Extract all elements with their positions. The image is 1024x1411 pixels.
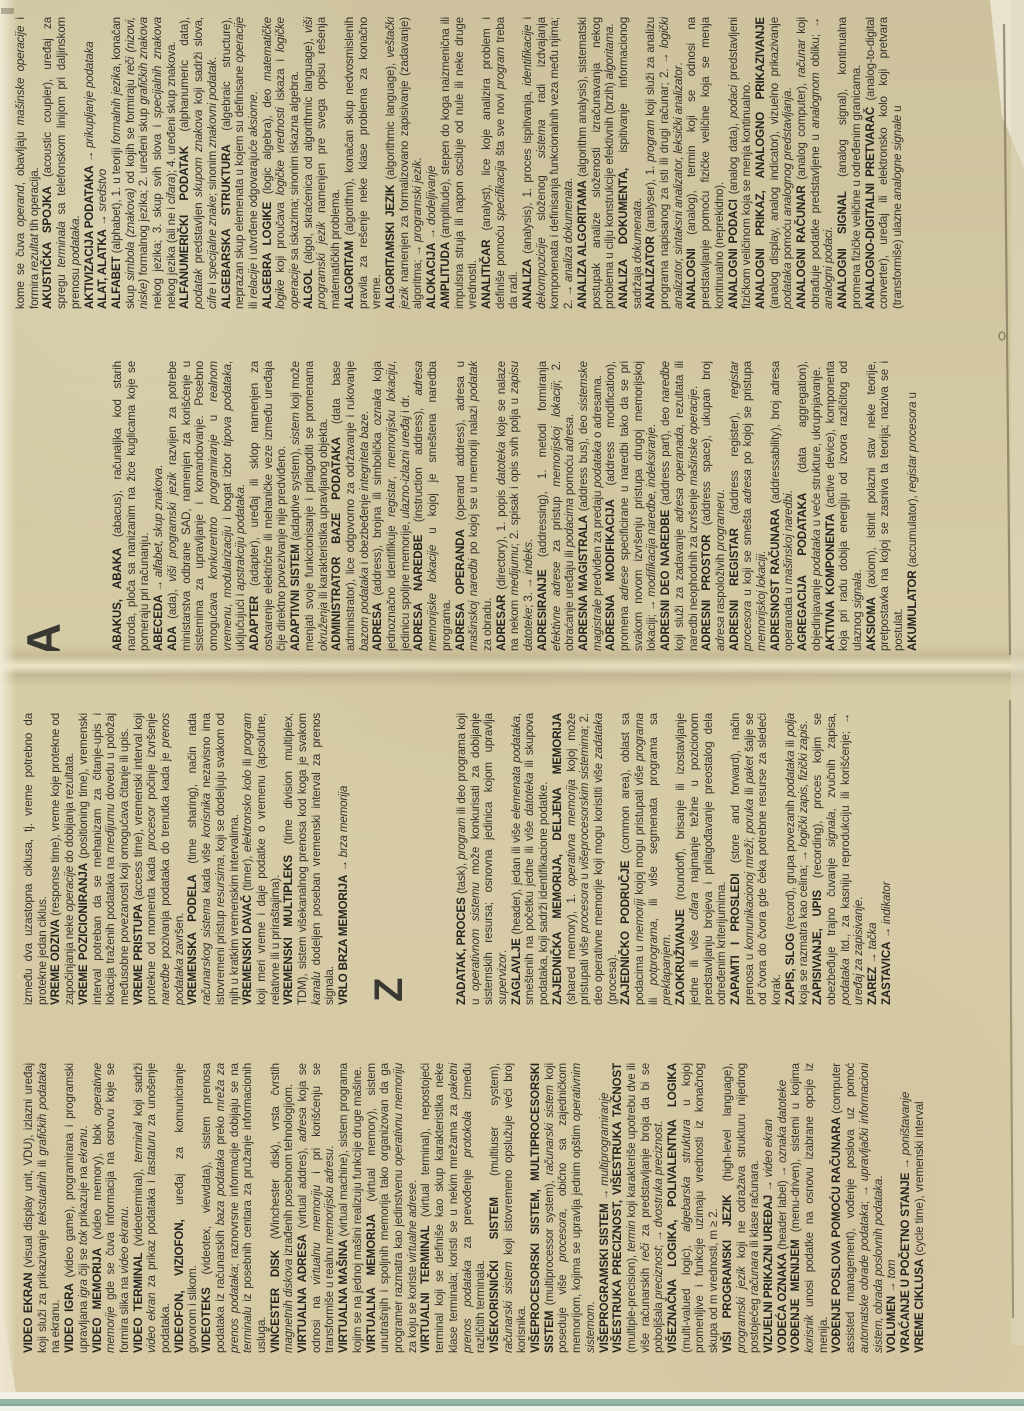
entry-continuation: između dva uzastopna ciklusa, tj. vreme … bbox=[22, 713, 49, 1005]
entry-headword: ANALOGNI PRIKAZ, ANALOGNO PRIKAZIVANJE bbox=[754, 17, 767, 309]
dictionary-entry: ADRESNA MAGISTRALA (address bus), deo si… bbox=[577, 361, 604, 651]
dictionary-entry: ANALIZATOR (analyser), 1. program koji s… bbox=[644, 17, 685, 309]
entry-headword: VOLUMEN bbox=[885, 1296, 898, 1353]
dictionary-entry: VODEĆA OZNAKA (header label) → oznaka da… bbox=[776, 1063, 790, 1353]
dictionary-entry: VIZUELNI PRIKAZNI UREĐAJ → video ekran bbox=[762, 1063, 776, 1353]
entry-headword: AKTIVIZACIJA PODATAKA bbox=[83, 166, 96, 310]
dictionary-entry: VIŠEKORISNIČKI SISTEM (multiuser system)… bbox=[488, 1063, 529, 1353]
dictionary-column-a-2: kome se čuva operand, obavljaju mašinske… bbox=[14, 17, 1010, 309]
entry-headword: ADRESAR bbox=[495, 595, 508, 651]
entry-headword: ZASTAVICA bbox=[880, 942, 893, 1005]
entry-headword: ANALOGNI SIGNAL bbox=[836, 191, 849, 309]
entry-headword: VREME PRISTUPA bbox=[132, 904, 145, 1005]
dictionary-entry: ALFABET (alphabet), 1. u teoriji formaln… bbox=[110, 17, 179, 309]
dictionary-entry: ZAJEDNIČKO PODRUČJE (common area), oblas… bbox=[619, 713, 674, 1005]
dictionary-entry: ANALOGNI RAČUNAR (analog computer), raču… bbox=[795, 17, 836, 309]
dictionary-entry: VREME PRISTUPA (access time), vremenski … bbox=[132, 713, 187, 1005]
dictionary-entry: ADRESAR (directory), 1. popis datoteka k… bbox=[495, 361, 536, 651]
entry-headword: VIZUELNI PRIKAZNI UREĐAJ bbox=[762, 1195, 775, 1353]
entry-headword: VIŠEKORISNIČKI SISTEM bbox=[488, 1197, 501, 1353]
dictionary-entry: VIŠI PROGRAMSKI JEZIK (high-level langua… bbox=[721, 1063, 762, 1353]
dictionary-entry: VREMENSKI DAVAČ (timer), elektronsko kol… bbox=[241, 713, 282, 1005]
entry-headword: VIŠESTRUKA PRECIZNOST, VIŠESTRUKA TAČNOS… bbox=[611, 1063, 624, 1353]
entry-headword: AGREGACIJA PODATAKA bbox=[796, 493, 809, 651]
dictionary-entry: VREME CIKLUSA (cycle time), vremenski in… bbox=[913, 1063, 927, 1353]
dictionary-entry: ANALOGNI SIGNAL (analog signal), kontinu… bbox=[836, 17, 863, 309]
entry-headword: VODEĆA OZNAKA bbox=[776, 1253, 789, 1353]
entry-headword: VIRTUALNI TERMINAL bbox=[419, 1225, 432, 1353]
dictionary-entry: VOĐENJE MENIJEM (menu-driven), sistemi u… bbox=[789, 1063, 830, 1353]
entry-headword: VIRTUALNA MAŠINA bbox=[337, 1240, 350, 1353]
dictionary-entry: ANALOGNI PODACI (analog data), podaci pr… bbox=[727, 17, 754, 309]
dictionary-entry: ANALOGNI (analog), termin koji se odnosi… bbox=[685, 17, 726, 309]
dictionary-entry: ADRESNA MODIFIKACIJA (address modificati… bbox=[604, 361, 659, 651]
dictionary-entry: ABAKUS, ABAKA (abacus), računaljka kod s… bbox=[111, 361, 152, 651]
entry-headword: VREME POZICIONIRANJA bbox=[77, 863, 90, 1005]
entry-headword: ANALOGNI PODACI bbox=[727, 199, 740, 309]
dictionary-entry: VIDEOFON, VIZIOFON, uređaj za komunicira… bbox=[173, 1063, 200, 1353]
entry-headword: ADAPTIVNI SISTEM bbox=[289, 544, 302, 651]
entry-headword: ZAJEDNIČKA MEMORIJA, DELJENA MEMORIJA bbox=[551, 713, 564, 1005]
entry-headword: ALFABET bbox=[110, 257, 123, 309]
dictionary-entry: AKSIOMA (axiom), istinit polazni stav ne… bbox=[865, 361, 906, 651]
entry-headword: ADRESNI REGISTAR bbox=[728, 528, 741, 651]
entry-headword: VRAĆANJE U POČETNO STANJE bbox=[899, 1173, 912, 1353]
entry-headword: ABECEDA bbox=[152, 595, 165, 651]
entry-headword: ANALIZA bbox=[521, 259, 534, 309]
dictionary-entry: ZAPIS, SLOG (record), grupa povezanih po… bbox=[784, 713, 811, 1005]
book-sheet: VIDEO EKRAN (visual display unit, VDU), … bbox=[0, 0, 1024, 1411]
dictionary-entry: ADRESIRANJE (addressing), 1. metodi form… bbox=[536, 361, 577, 651]
dictionary-entry: ALGEBARSKA STRUKTURA (algebraic structur… bbox=[220, 17, 261, 309]
dictionary-entry: ALOKACIJA → dodeljivanje bbox=[425, 17, 439, 309]
entry-headword: ALAT, ALATKA bbox=[96, 229, 109, 309]
entry-headword: AKTIVNA KOMPONENTA bbox=[824, 514, 837, 651]
entry-headword: VRLO BRZA MEMORIJA bbox=[337, 875, 350, 1005]
entry-headword: ANALOGNI RAČUNAR bbox=[795, 185, 808, 309]
entry-headword: VREMENSKA PODELA bbox=[186, 875, 199, 1006]
dictionary-entry: VIŠEPROGRAMSKI SISTEM → multiprogramiran… bbox=[598, 1063, 612, 1353]
entry-headword: VIRTUALNA MEMORIJA bbox=[365, 1214, 378, 1353]
dictionary-column-v: VIDEO EKRAN (visual display unit, VDU), … bbox=[22, 1063, 1008, 1353]
dictionary-entry: ADAPTIVNI SISTEM (adaptive system), sist… bbox=[289, 361, 330, 651]
dictionary-entry: ADRESNI REGISTAR (address register), reg… bbox=[728, 361, 769, 651]
dictionary-entry: ANALOGNI PRIKAZ, ANALOGNO PRIKAZIVANJE (… bbox=[754, 17, 795, 309]
entry-headword: ALGEBRA LOGIKE bbox=[261, 202, 274, 309]
dictionary-entry: VIDEO EKRAN (visual display unit, VDU), … bbox=[22, 1063, 63, 1353]
dictionary-entry: ZAGLAVLJE (header), jedan ili više eleme… bbox=[510, 713, 551, 1005]
dictionary-entry: AKUMULATOR (accumulator), registar proce… bbox=[906, 361, 920, 651]
dictionary-entry: VRLO BRZA MEMORIJA → brza memorija bbox=[337, 713, 351, 1005]
dictionary-entry: AMPLITUDA (amplitude), stepen do koga na… bbox=[439, 17, 480, 309]
dictionary-entry: ALGORITAM (algorithm), konačan skup nedv… bbox=[343, 17, 384, 309]
entry-headword: VIŠEZNAČNA LOGIKA, POLIVALENTNA LOGIKA bbox=[666, 1063, 679, 1353]
dictionary-entry: VIDEO IGRA (video game), programirana i … bbox=[63, 1063, 90, 1353]
entry-headword: ANALIZA ALGORITAMA bbox=[576, 180, 589, 309]
entry-headword: ADRESNA MAGISTRALA bbox=[577, 515, 590, 651]
entry-headword: ADRESNA MODIFIKACIJA bbox=[604, 499, 617, 651]
dictionary-entry: VIRTUALNA MEMORIJA (virtual memory), sis… bbox=[365, 1063, 420, 1353]
entry-headword: VIDEO MEMORIJA bbox=[91, 1248, 104, 1353]
dictionary-entry: ALFANUMERIČKI PODATAK (alphanumeric data… bbox=[178, 17, 219, 309]
entry-headword: ZAPIS, SLOG bbox=[784, 933, 797, 1005]
dictionary-entry: AKTIVNA KOMPONENTA (active device), komp… bbox=[824, 361, 865, 651]
entry-headword: ADRESNOST RAČUNARA bbox=[769, 509, 782, 651]
entry-headword: ZAREZ bbox=[866, 967, 879, 1005]
dictionary-entry: AKUSTIČKA SPOJKA (acoustic coupler), ure… bbox=[41, 17, 82, 309]
dictionary-entry: VIŠEPROCESORSKI SISTEM, MULTIPROCESORSKI… bbox=[529, 1063, 598, 1353]
entry-headword: VIDEO IGRA bbox=[63, 1283, 76, 1353]
dictionary-entry: ZAJEDNIČKA MEMORIJA, DELJENA MEMORIJA (s… bbox=[551, 713, 620, 1005]
dictionary-entry: VIDEO MEMORIJA (video memory), blok oper… bbox=[91, 1063, 132, 1353]
entry-headword: ADRESIRANJE bbox=[536, 570, 549, 651]
entry-headword: AKSIOMA bbox=[865, 597, 878, 651]
entry-headword: ALGEBARSKA STRUKTURA bbox=[220, 145, 233, 309]
dictionary-entry: VREME ODZIVA (response time), vreme koje… bbox=[49, 713, 76, 1005]
dictionary-entry: VIRTUALNI TERMINAL (virtual terminal), n… bbox=[419, 1063, 488, 1353]
entry-headword: ALFANUMERIČKI PODATAK bbox=[178, 146, 191, 309]
dictionary-entry: ANALITIČAR (analyst), lice koje analizir… bbox=[480, 17, 521, 309]
dictionary-entry: ANALIZA (analysis), 1. proces ispitivanj… bbox=[521, 17, 576, 309]
dictionary-entry: ANALIZA DOKUMENTA, ispitivanje informaci… bbox=[617, 17, 644, 309]
entry-headword: VINČESTER DISK bbox=[269, 1250, 282, 1353]
dictionary-entry: ADA (ada), viši programski jezik razvije… bbox=[166, 361, 248, 651]
dictionary-entry: ADRESA (address), brojna ili simbolička … bbox=[371, 361, 412, 651]
dictionary-entry: ABECEDA → alfabet, skup znakova. bbox=[152, 361, 166, 651]
dictionary-entry: VIDEO TERMINAL (videoterminal), terminal… bbox=[132, 1063, 173, 1353]
entry-headword: VOĐENJE POSLOVA POMOĆU RAČUNARA bbox=[830, 1117, 843, 1353]
dictionary-entry: VIDEOTEKS (videotex, viewdata), sistem p… bbox=[200, 1063, 269, 1353]
dictionary-entry: ADMINISTRATOR BAZE PODATAKA (data base a… bbox=[330, 361, 371, 651]
entry-headword: VIDEO EKRAN bbox=[22, 1273, 35, 1353]
entry-headword: ADAPTER bbox=[248, 596, 261, 651]
entry-headword: VREMENSKI DAVAČ bbox=[241, 895, 254, 1005]
dictionary-entry: VIŠEZNAČNA LOGIKA, POLIVALENTNA LOGIKA (… bbox=[666, 1063, 721, 1353]
dictionary-entry: ZADATAK, PROCES (task), program ili deo … bbox=[455, 713, 510, 1005]
entry-headword: ANALOGNO-DIGITALNI PRETVARAČ bbox=[864, 107, 877, 309]
dictionary-entry: AGREGACIJA PODATAKA (data aggregation), … bbox=[796, 361, 823, 651]
dictionary-entry: VREME POZICIONIRANJA (positioning time),… bbox=[77, 713, 132, 1005]
entry-headword: VREME CIKLUSA bbox=[913, 1259, 926, 1353]
entry-headword: ADRESA NAREDBE bbox=[412, 535, 425, 651]
dictionary-entry: ZAOKRUŽIVANJE (roundoff), brisanje ili i… bbox=[674, 713, 729, 1005]
entry-headword: VIŠEPROGRAMSKI SISTEM bbox=[598, 1203, 611, 1353]
entry-headword: ZAOKRUŽIVANJE bbox=[674, 909, 687, 1005]
dictionary-entry: AKTIVIZACIJA PODATAKA → prikupljanje pod… bbox=[83, 17, 97, 309]
dictionary-entry: VOĐENJE POSLOVA POMOĆU RAČUNARA (compute… bbox=[830, 1063, 885, 1353]
entry-headword: VREMENSKI MULTIPLEKS bbox=[282, 855, 295, 1005]
dictionary-entry: VREMENSKI MULTIPLEKS (time division mult… bbox=[282, 713, 337, 1005]
dictionary-entry: VIŠESTRUKA PRECIZNOST, VIŠESTRUKA TAČNOS… bbox=[611, 1063, 666, 1353]
entry-headword: AKUMULATOR bbox=[906, 570, 919, 651]
dictionary-entry: ADAPTER (adapter), uređaj ili sklop name… bbox=[248, 361, 289, 651]
dictionary-entry: ANALOGNO-DIGITALNI PRETVARAČ (analog-to-… bbox=[864, 17, 905, 309]
entry-headword: VIDEOFON, VIZIOFON, bbox=[173, 1219, 186, 1353]
dictionary-entry: ANALIZA ALGORITAMA (algorithm analysis),… bbox=[576, 17, 617, 309]
entry-headword: VIDEO TERMINAL bbox=[132, 1253, 145, 1353]
entry-headword: VOĐENJE MENIJEM bbox=[789, 1240, 802, 1353]
entry-headword: ANALITIČAR bbox=[480, 240, 493, 309]
dictionary-column-v-z: između dva uzastopna ciklusa, tj. vreme … bbox=[22, 713, 1008, 1005]
entry-headword: VREME ODZIVA bbox=[49, 919, 62, 1005]
entry-headword: ZAPISIVANJE, UPIS bbox=[811, 890, 824, 1005]
entry-continuation: kome se čuva operand, obavljaju mašinske… bbox=[14, 17, 41, 309]
entry-headword: ZAJEDNIČKO PODRUČJE bbox=[619, 861, 632, 1005]
entry-headword: ADA bbox=[166, 626, 179, 651]
dictionary-entry: ALGOL (algol, skraćenica od algorithmic … bbox=[302, 17, 343, 309]
dictionary-entry: VINČESTER DISK (Winchester disk), vrsta … bbox=[269, 1063, 296, 1353]
entry-headword: ADRESA OPERANDA bbox=[454, 529, 467, 651]
section-letter-z: Z bbox=[369, 713, 409, 1002]
dictionary-column-a-1: AABAKUS, ABAKA (abacus), računaljka kod … bbox=[14, 361, 1010, 651]
dictionary-entry: ADRESA NAREDBE (instruction address), ad… bbox=[412, 361, 453, 651]
entry-headword: ADRESNI DEO NAREDBE bbox=[659, 510, 672, 651]
entry-headword: ANALOGNI bbox=[685, 248, 698, 309]
entry-headword: ZAGLAVLJE bbox=[510, 938, 523, 1005]
entry-headword: ADRESNI PROSTOR bbox=[700, 535, 713, 651]
entry-headword: AMPLITUDA bbox=[439, 242, 452, 309]
entry-headword: ALGORITAM bbox=[343, 241, 356, 309]
section-letter-a: A bbox=[20, 361, 67, 651]
entry-headword: ALGOL bbox=[302, 269, 315, 309]
entry-headword: AKUSTIČKA SPOJKA bbox=[41, 186, 54, 309]
dictionary-entry: ALGORITAMSKI JEZIK (algorithmic language… bbox=[384, 17, 425, 309]
scanned-dictionary-page: VIDEO EKRAN (visual display unit, VDU), … bbox=[0, 0, 1024, 1411]
entry-headword: ANALIZA DOKUMENTA, bbox=[617, 168, 630, 309]
entry-headword: ADMINISTRATOR BAZE PODATAKA bbox=[330, 437, 343, 651]
dictionary-entry: VREMENSKA PODELA (time sharing), način r… bbox=[186, 713, 241, 1005]
dictionary-entry: ZAPISIVANJE, UPIS (recording), proces ko… bbox=[811, 713, 866, 1005]
dictionary-entry: ADRESNI PROSTOR (address space), ukupan … bbox=[700, 361, 727, 651]
entry-headword: VIŠI PROGRAMSKI JEZIK bbox=[721, 1195, 734, 1353]
dictionary-entry: ADRESA OPERANDA (operand address), adres… bbox=[454, 361, 495, 651]
dictionary-entry: ALAT, ALATKA → sredstvo bbox=[96, 17, 110, 309]
dictionary-entry: ZAREZ → tačka bbox=[866, 713, 880, 1005]
entry-headword: ALOKACIJA bbox=[425, 243, 438, 309]
dictionary-entry: VOLUMEN → tom bbox=[885, 1063, 899, 1353]
dictionary-entry: ADRESNOST RAČUNARA (addressability), bro… bbox=[769, 361, 796, 651]
entry-headword: ADRESA bbox=[371, 603, 384, 651]
entry-headword: ANALIZATOR bbox=[644, 236, 657, 309]
entry-headword: ALGORITAMSKI JEZIK bbox=[384, 185, 397, 309]
dictionary-entry: ZASTAVICA → indikator bbox=[880, 713, 894, 1005]
dictionary-entry: VIRTUALNA ADRESA (virtual addres), adres… bbox=[296, 1063, 337, 1353]
dictionary-entry: VIRTUALNA MAŠINA (virtual machine), sist… bbox=[337, 1063, 364, 1353]
dictionary-entry: ALGEBRA LOGIKE (logic algebra), deo mate… bbox=[261, 17, 302, 309]
entry-headword: VIRTUALNA ADRESA bbox=[296, 1234, 309, 1353]
entry-headword: ABAKUS, ABAKA bbox=[111, 548, 124, 651]
dictionary-entry: ADRESNI DEO NAREDBE (address part), deo … bbox=[659, 361, 700, 651]
entry-headword: VIDEOTEKS bbox=[200, 1287, 213, 1353]
entry-headword: ZADATAK, PROCES bbox=[455, 897, 468, 1005]
dictionary-entry: VRAĆANJE U POČETNO STANJE → poništavanje bbox=[899, 1063, 913, 1353]
entry-headword: ZAPAMTI I PROSLEDI bbox=[729, 874, 742, 1006]
dictionary-entry: ZAPAMTI I PROSLEDI (store and forward), … bbox=[729, 713, 784, 1005]
